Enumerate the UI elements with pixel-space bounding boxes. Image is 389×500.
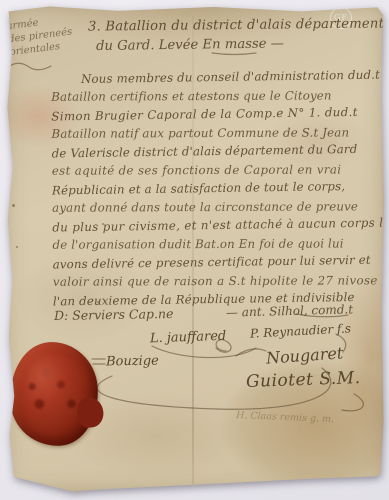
- paper-hole: [16, 246, 18, 248]
- guiotet-tail: [342, 394, 363, 411]
- marginalia-squiggle: [7, 63, 51, 70]
- signature-nougaret: Nougaret: [265, 343, 343, 367]
- marginalia-note: armée des pireneés orientales: [6, 12, 80, 59]
- document-body: Nous membres du conseil d'administration…: [51, 69, 387, 312]
- faint-annotation: H. Claas remis g. m.: [236, 410, 334, 425]
- body-line: avons delivré ce presens certificat pour…: [53, 253, 387, 276]
- closing-signature-right: — ant. Silhol, comd.t: [226, 302, 353, 319]
- photo-background: GF armée des pireneés orientales 3. Bata…: [0, 0, 389, 500]
- body-line: Simon Brugier Caporal de la Comp.e N° 1.…: [51, 105, 385, 128]
- signature-jauffared: L. jauffared: [150, 329, 227, 347]
- body-line: Républicain et a la satisfaction de tout…: [52, 179, 386, 202]
- red-wax-seal: [6, 339, 101, 449]
- nougaret-lead: [236, 349, 266, 356]
- body-line: Nous membres du conseil d'administration…: [51, 68, 385, 91]
- heading-line: du Gard. Levée En masse —: [96, 35, 388, 54]
- heading-dash: [212, 53, 256, 55]
- paper-hole: [12, 204, 15, 207]
- bouzige-dashes: [92, 359, 105, 364]
- document-photo: GF armée des pireneés orientales 3. Bata…: [4, 4, 385, 494]
- signature-reynaudier: P. Reynaudier f.s: [250, 321, 352, 340]
- manuscript-paper: GF armée des pireneés orientales 3. Bata…: [4, 4, 385, 494]
- body-line: de Valeriscle district d'alais départeme…: [52, 142, 386, 165]
- closing-signature-left: D: Serviers Cap.ne: [54, 306, 174, 323]
- jauffared-flourish: [152, 346, 256, 358]
- document-heading: 3. Batallion du district d'alais départe…: [88, 18, 388, 52]
- signature-guiotet: Guiotet S.M.: [246, 368, 361, 392]
- signature-bouzige: Bouzige: [106, 354, 159, 370]
- heading-line: 3. Batallion du district d'alais départe…: [88, 16, 388, 34]
- body-line: du plus pur civisme, et n'est attaché à …: [52, 216, 386, 239]
